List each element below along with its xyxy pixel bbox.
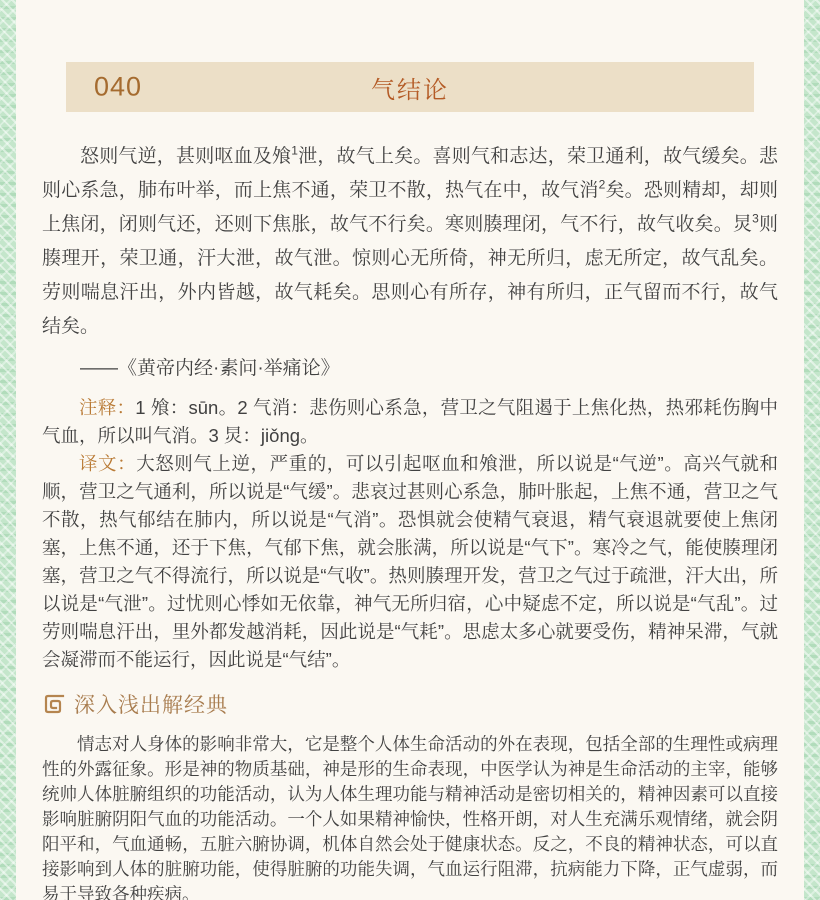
- spiral-ornament-icon: [42, 692, 66, 716]
- footnote-marker-3: 3: [752, 212, 759, 226]
- translation-label: 译文：: [79, 453, 136, 474]
- classic-segment: 怒则气逆，甚则呕血及飧: [80, 146, 291, 167]
- decorative-border-left: [0, 0, 16, 900]
- chapter-title: 气结论: [371, 70, 449, 105]
- classic-text-paragraph: 怒则气逆，甚则呕血及飧1泄，故气上矣。喜则气和志达，荣卫通利，故气缓矣。悲则心系…: [42, 140, 778, 344]
- page-number: 040: [94, 72, 142, 103]
- annotation-paragraph: 注释：1 飧：sūn。2 气消：悲伤则心系急，营卫之气阻遏于上焦化热，热邪耗伤胸…: [42, 394, 778, 450]
- section-body-paragraph: 情志对人身体的影响非常大，它是整个人体生命活动的外在表现，包括全部的生理性或病理…: [42, 732, 778, 900]
- section-heading: 深入浅出解经典: [42, 690, 778, 718]
- chapter-header: 040 气结论: [66, 62, 754, 112]
- footnote-marker-1: 1: [291, 144, 298, 158]
- annotation-label: 注释：: [79, 397, 135, 418]
- annotation-text: 1 飧：sūn。2 气消：悲伤则心系急，营卫之气阻遏于上焦化热，热邪耗伤胸中气血…: [42, 397, 778, 446]
- translation-text: 大怒则气上逆，严重的，可以引起呕血和飧泄，所以说是“气逆”。高兴气就和顺，营卫之…: [42, 453, 778, 670]
- section-title: 深入浅出解经典: [74, 689, 228, 719]
- book-page: 040 气结论 怒则气逆，甚则呕血及飧1泄，故气上矣。喜则气和志达，荣卫通利，故…: [16, 0, 804, 900]
- source-citation: ——《黄帝内经·素问·举痛论》: [42, 352, 778, 386]
- decorative-border-right: [804, 0, 820, 900]
- translation-paragraph: 译文：大怒则气上逆，严重的，可以引起呕血和飧泄，所以说是“气逆”。高兴气就和顺，…: [42, 450, 778, 674]
